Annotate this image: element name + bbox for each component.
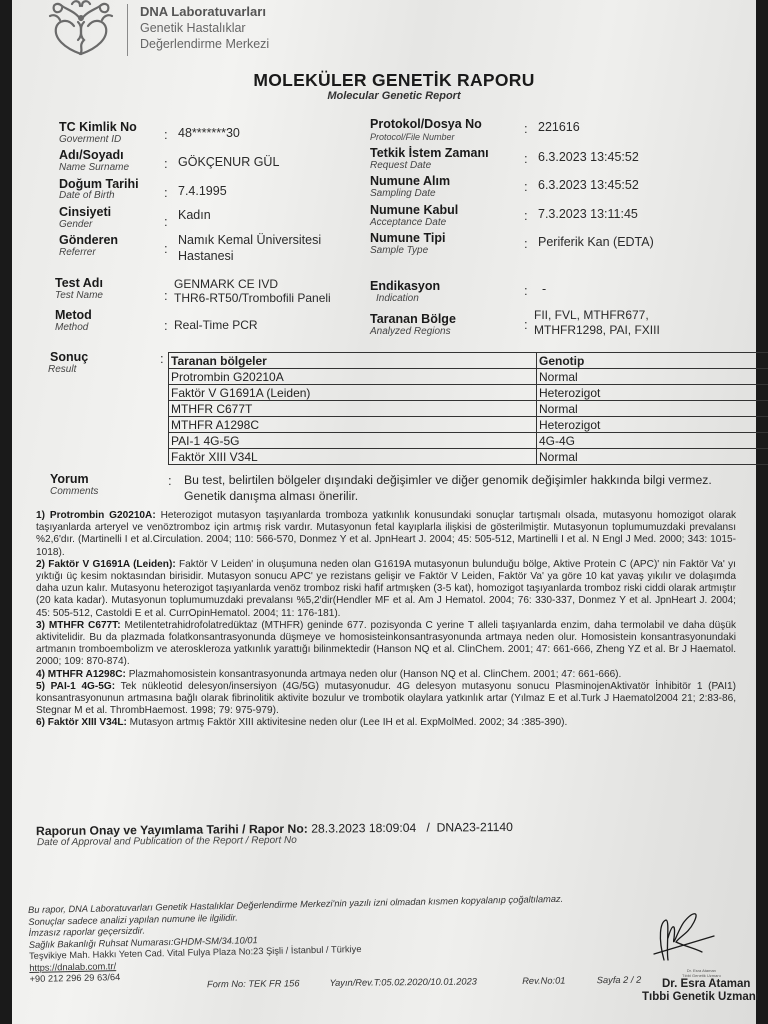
note-title: 6) Faktör XIII V34L: [36, 717, 127, 728]
table-row: PAI-1 4G-5G4G-4G [169, 433, 768, 449]
colon: : [164, 156, 168, 171]
region-cell: Faktör XIII V34L [169, 449, 537, 465]
footer: Bu rapor, DNA Laboratuvarları Genetik Ha… [28, 894, 565, 986]
note-item: 2) Faktör V G1691A (Leiden): Faktör V Le… [36, 559, 736, 620]
name-label-en: Name Surname [59, 162, 129, 174]
colon: : [160, 351, 164, 366]
signature-stamp: Dr. Esra Ataman Tıbbi Genetik Uzmanı [682, 968, 721, 978]
note-text: Metilentetrahidrofolatredüktaz (MTHFR) g… [36, 620, 736, 668]
genotype-cell: Heterozigot [537, 417, 768, 433]
genotype-cell: Normal [537, 369, 768, 385]
regions-value: MTHFR1298, PAI, FXIII [534, 323, 660, 338]
regions-label: Taranan Bölge [370, 312, 456, 326]
comments-label-en: Comments [50, 486, 98, 498]
report-title: MOLEKÜLER GENETİK RAPORU [12, 70, 756, 91]
tc-value: 48*******30 [178, 126, 240, 141]
lab-subtitle: Genetik Hastalıklar [140, 21, 246, 35]
sample-type-value: Periferik Kan (EDTA) [538, 235, 654, 250]
note-title: 3) MTHFR C677T: [36, 620, 121, 631]
name-value: GÖKÇENUR GÜL [178, 155, 279, 170]
region-cell: Protrombin G20210A [169, 369, 537, 385]
colon: : [524, 236, 528, 251]
gender-value: Kadın [178, 208, 211, 223]
signatory-title: Tıbbi Genetik Uzmanı [642, 991, 759, 1003]
dna-tree-heart-logo-icon [46, 0, 116, 56]
test-name-label-en: Test Name [55, 290, 103, 302]
referrer-label: Gönderen [59, 233, 118, 247]
colon: : [164, 185, 168, 200]
sampling-label-en: Sampling Date [370, 188, 436, 200]
result-label-en: Result [48, 364, 76, 376]
note-text: Tek nükleotid delesyon/insersiyon (4G/5G… [36, 681, 736, 716]
table-row: Protrombin G20210ANormal [169, 369, 768, 385]
colon: : [164, 241, 168, 256]
dob-label-en: Date of Birth [59, 190, 115, 202]
indication-label-en: Indication [376, 293, 419, 305]
referrer-label-en: Referrer [59, 247, 96, 259]
column-header-region: Taranan bölgeler [169, 353, 537, 369]
referrer-value: Hastanesi [178, 249, 234, 264]
comments-label: Yorum [50, 472, 89, 486]
sampling-label: Numune Alım [370, 174, 450, 188]
page-number: Sayfa 2 / 2 [597, 975, 642, 985]
report-subtitle: Molecular Genetic Report [12, 90, 756, 102]
colon: : [164, 214, 168, 229]
method-label-en: Method [55, 322, 88, 334]
genotype-cell: Normal [537, 449, 768, 465]
note-item: 3) MTHFR C677T: Metilentetrahidrofolatre… [36, 620, 736, 669]
note-item: 5) PAI-1 4G-5G: Tek nükleotid delesyon/i… [36, 681, 736, 718]
colon: : [164, 318, 168, 333]
sampling-value: 6.3.2023 13:45:52 [538, 178, 639, 193]
regions-label-en: Analyzed Regions [370, 326, 451, 338]
colon: : [524, 121, 528, 136]
tc-label: TC Kimlik No [59, 120, 137, 134]
comments-text: Bu test, belirtilen bölgeler dışındaki d… [184, 472, 734, 504]
indication-label: Endikasyon [370, 279, 440, 293]
acceptance-value: 7.3.2023 13:11:45 [538, 207, 638, 222]
result-table: Taranan bölgeler Genotip Protrombin G202… [168, 352, 768, 465]
colon: : [524, 283, 528, 298]
test-name-value: THR6-RT50/Trombofili Paneli [174, 291, 331, 306]
dob-value: 7.4.1995 [178, 184, 227, 199]
table-row: MTHFR A1298CHeterozigot [169, 417, 768, 433]
note-title: 4) MTHFR A1298C: [36, 669, 126, 680]
colon: : [164, 288, 168, 303]
sample-type-label-en: Sample Type [370, 245, 428, 257]
request-label-en: Request Date [370, 160, 431, 172]
region-cell: MTHFR C677T [169, 401, 537, 417]
note-item: 6) Faktör XIII V34L: Mutasyon artmış Fak… [36, 717, 736, 729]
note-item: 1) Protrombin G20210A: Heterozigot mutas… [36, 510, 736, 559]
result-label: Sonuç [50, 350, 88, 364]
protocol-value: 221616 [538, 120, 580, 135]
table-row: MTHFR C677TNormal [169, 401, 768, 417]
genotype-cell: 4G-4G [537, 433, 768, 449]
colon: : [524, 317, 528, 332]
colon: : [524, 151, 528, 166]
signatory-name: Dr. Esra Ataman [662, 978, 750, 990]
table-header-row: Taranan bölgeler Genotip [169, 353, 768, 369]
website-link[interactable]: https://dnalab.com.tr/ [29, 961, 116, 973]
region-cell: PAI-1 4G-5G [169, 433, 537, 449]
referrer-value: Namık Kemal Üniversitesi [178, 233, 321, 248]
request-value: 6.3.2023 13:45:52 [538, 150, 639, 165]
acceptance-label: Numune Kabul [370, 203, 458, 217]
protocol-label-en: Protocol/File Number [370, 131, 455, 143]
colon: : [524, 179, 528, 194]
lab-subtitle: Değerlendirme Merkezi [140, 37, 269, 51]
request-label: Tetkik İstem Zamanı [370, 146, 489, 160]
table-row: Faktör V G1691A (Leiden)Heterozigot [169, 385, 768, 401]
regions-value: FII, FVL, MTHFR677, [534, 308, 649, 323]
approval-value: 28.3.2023 18:09:04 / DNA23-21140 [311, 820, 513, 836]
report-page: DNA Laboratuvarları Genetik Hastalıklar … [12, 0, 756, 1024]
colon: : [164, 127, 168, 142]
indication-value: - [542, 282, 546, 297]
colon: : [168, 473, 172, 488]
note-title: 1) Protrombin G20210A: [36, 510, 156, 521]
form-number: Form No: TEK FR 156 [207, 978, 327, 989]
gender-label: Cinsiyeti [59, 205, 111, 219]
note-text: Plazmahomosistein konsantrasyonunda artm… [126, 669, 621, 680]
table-row: Faktör XIII V34LNormal [169, 449, 768, 465]
revision-date: Yayın/Rev.T:05.02.2020/10.01.2023 [330, 976, 520, 988]
acceptance-label-en: Acceptance Date [370, 217, 446, 229]
note-title: 2) Faktör V G1691A (Leiden): [36, 559, 176, 570]
note-text: Mutasyon artmış Faktör XIII aktivitesine… [127, 717, 567, 728]
approval-label-en: Date of Approval and Publication of the … [37, 835, 297, 848]
protocol-label: Protokol/Dosya No [370, 117, 482, 131]
method-value: Real-Time PCR [174, 318, 258, 333]
signature-icon [644, 908, 724, 968]
genotype-cell: Normal [537, 401, 768, 417]
test-name-label: Test Adı [55, 276, 103, 290]
logo-divider [127, 4, 128, 56]
tc-label-en: Goverment ID [59, 134, 121, 146]
name-label: Adı/Soyadı [59, 148, 124, 162]
method-label: Metod [55, 308, 92, 322]
region-cell: Faktör V G1691A (Leiden) [169, 385, 537, 401]
gender-label-en: Gender [59, 219, 92, 231]
column-header-genotype: Genotip [537, 353, 768, 369]
lab-name: DNA Laboratuvarları [140, 4, 266, 19]
region-cell: MTHFR A1298C [169, 417, 537, 433]
genotype-cell: Heterozigot [537, 385, 768, 401]
note-item: 4) MTHFR A1298C: Plazmahomosistein konsa… [36, 669, 736, 681]
genetic-notes: 1) Protrombin G20210A: Heterozigot mutas… [36, 510, 736, 730]
test-name-value: GENMARK CE IVD [174, 277, 278, 292]
revision-number: Rev.No:01 [522, 975, 594, 986]
dob-label: Doğum Tarihi [59, 177, 139, 191]
sample-type-label: Numune Tipi [370, 231, 445, 245]
note-title: 5) PAI-1 4G-5G: [36, 681, 115, 692]
colon: : [524, 208, 528, 223]
